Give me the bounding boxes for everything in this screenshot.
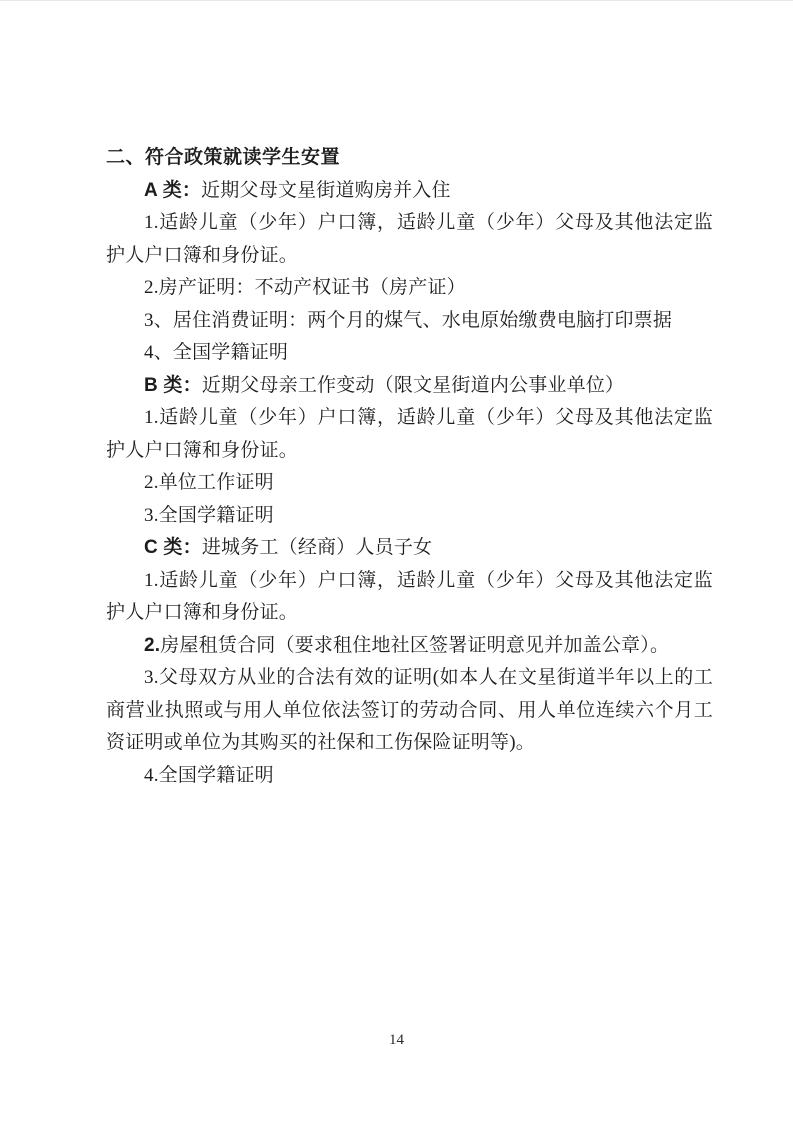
item-text: 全国学籍证明 (159, 765, 274, 786)
item-number: 1. (144, 570, 159, 591)
list-item: 2.单位工作证明 (106, 467, 713, 500)
list-item: 2.房屋租赁合同（要求租住地社区签署证明意见并加盖公章）。 (106, 630, 713, 663)
item-text: 全国学籍证明 (173, 342, 288, 363)
item-text: 适龄儿童（少年）户口簿，适龄儿童（少年）父母及其他法定监护人户口簿和身份证。 (106, 570, 713, 624)
item-text: 父母双方从业的合法有效的证明(如本人在文星街道半年以上的工商营业执照或与用人单位… (106, 667, 713, 753)
category-title-b: 近期父母亲工作变动（限文星街道内公事业单位） (202, 375, 624, 396)
category-title-c: 进城务工（经商）人员子女 (202, 537, 432, 558)
section-heading: 二、符合政策就读学生安置 (106, 142, 713, 175)
item-text: 适龄儿童（少年）户口簿，适龄儿童（少年）父母及其他法定监护人户口簿和身份证。 (106, 407, 713, 461)
list-item: 2.房产证明：不动产权证书（房产证） (106, 272, 713, 305)
category-line-b: B 类：近期父母亲工作变动（限文星街道内公事业单位） (106, 370, 713, 403)
item-number: 2. (144, 472, 159, 493)
list-item: 3.父母双方从业的合法有效的证明(如本人在文星街道半年以上的工商营业执照或与用人… (106, 662, 713, 760)
item-number: 1. (144, 212, 159, 233)
list-item: 4、全国学籍证明 (106, 337, 713, 370)
item-number: 2. (144, 635, 160, 656)
list-item: 1.适龄儿童（少年）户口簿，适龄儿童（少年）父母及其他法定监护人户口簿和身份证。 (106, 565, 713, 630)
item-number: 3. (144, 667, 159, 688)
category-line-a: A 类：近期父母文星街道购房并入住 (106, 175, 713, 208)
document-page: 二、符合政策就读学生安置 A 类：近期父母文星街道购房并入住 1.适龄儿童（少年… (0, 0, 793, 1122)
item-text: 单位工作证明 (159, 472, 274, 493)
item-number: 1. (144, 407, 159, 428)
item-text: 居住消费证明：两个月的煤气、水电原始缴费电脑打印票据 (173, 310, 672, 331)
list-item: 1.适龄儿童（少年）户口簿，适龄儿童（少年）父母及其他法定监护人户口簿和身份证。 (106, 207, 713, 272)
category-label-b: B 类： (144, 375, 202, 396)
item-text: 适龄儿童（少年）户口簿，适龄儿童（少年）父母及其他法定监护人户口簿和身份证。 (106, 212, 713, 266)
category-title-a: 近期父母文星街道购房并入住 (201, 180, 451, 201)
category-label-a: A 类： (144, 180, 201, 201)
item-number: 2. (144, 277, 159, 298)
item-number: 4. (144, 765, 159, 786)
list-item: 1.适龄儿童（少年）户口簿，适龄儿童（少年）父母及其他法定监护人户口簿和身份证。 (106, 402, 713, 467)
category-line-c: C 类：进城务工（经商）人员子女 (106, 532, 713, 565)
page-number: 14 (0, 1031, 793, 1049)
item-text: 房屋租赁合同（要求租住地社区签署证明意见并加盖公章）。 (160, 635, 669, 656)
list-item: 3、居住消费证明：两个月的煤气、水电原始缴费电脑打印票据 (106, 305, 713, 338)
item-number: 4、 (144, 342, 173, 363)
item-number: 3. (144, 505, 159, 526)
item-text: 全国学籍证明 (159, 505, 274, 526)
document-body: 二、符合政策就读学生安置 A 类：近期父母文星街道购房并入住 1.适龄儿童（少年… (106, 142, 713, 792)
item-number: 3、 (144, 310, 173, 331)
item-text: 房产证明：不动产权证书（房产证） (159, 277, 466, 298)
list-item: 4.全国学籍证明 (106, 760, 713, 793)
category-label-c: C 类： (144, 537, 202, 558)
list-item: 3.全国学籍证明 (106, 500, 713, 533)
